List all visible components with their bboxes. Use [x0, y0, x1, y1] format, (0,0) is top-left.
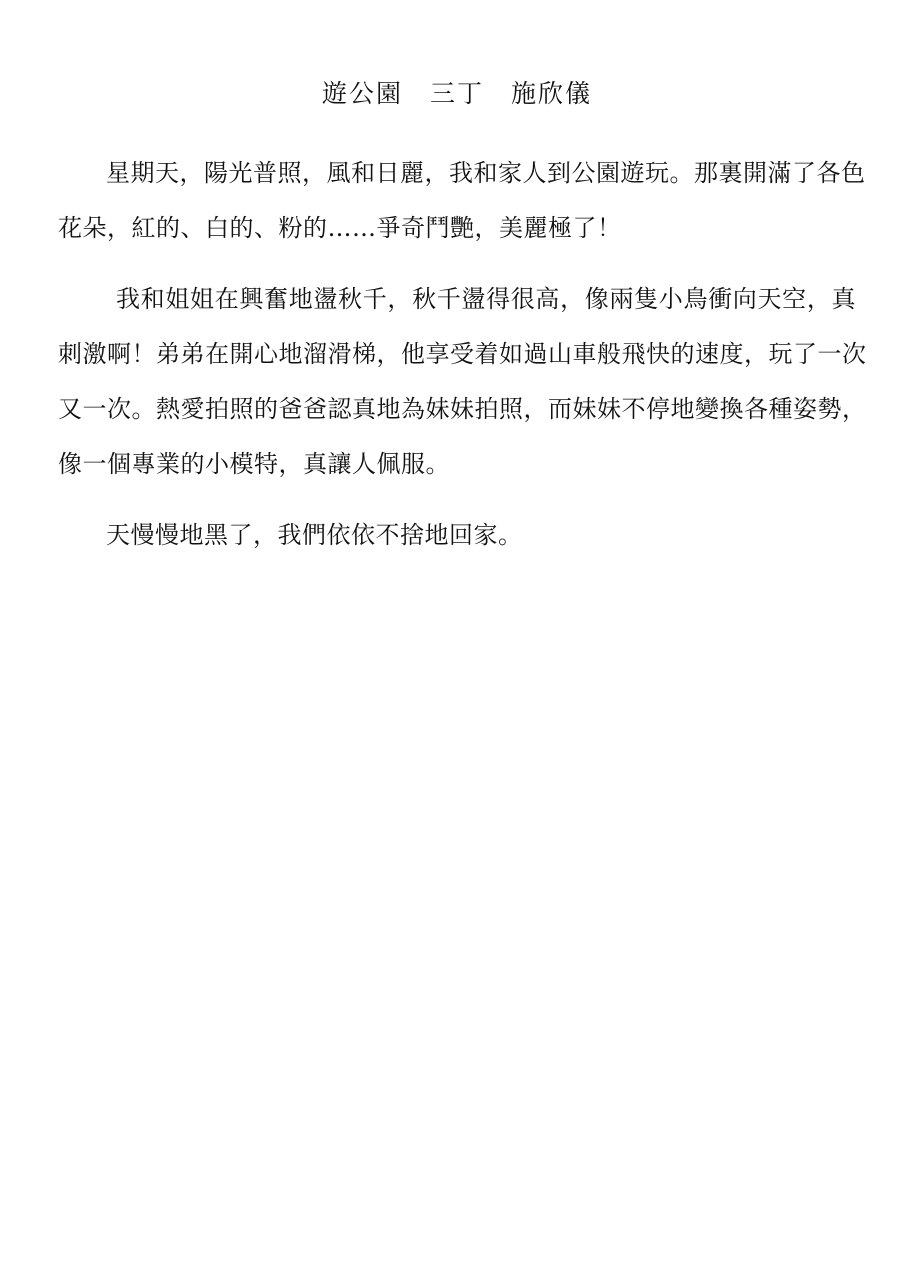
text-line: 我和姐姐在興奮地盪秋千，秋千盪得很高，像兩隻小鳥衝向天空，真: [58, 272, 856, 327]
text-line: 天慢慢地黑了，我們依依不捨地回家。: [58, 508, 856, 563]
document-content: 遊公園 三丁 施欣儀 星期天，陽光普照，風和日麗，我和家人到公園遊玩。那裏開滿了…: [0, 0, 905, 563]
paragraph-2: 我和姐姐在興奮地盪秋千，秋千盪得很高，像兩隻小鳥衝向天空，真 刺激啊！弟弟在開心…: [58, 272, 856, 492]
text-line: 像一個專業的小模特，真讓人佩服。: [58, 437, 856, 492]
text-line: 又一次。熱愛拍照的爸爸認真地為妹妹拍照，而妹妹不停地變換各種姿勢，: [58, 382, 856, 437]
text-line: 刺激啊！弟弟在開心地溜滑梯，他享受着如過山車般飛快的速度，玩了一次: [58, 327, 856, 382]
document-page: 遊公園 三丁 施欣儀 星期天，陽光普照，風和日麗，我和家人到公園遊玩。那裏開滿了…: [0, 0, 905, 1280]
text-line: 花朵，紅的、白的、粉的……爭奇鬥艷，美麗極了！: [58, 201, 856, 256]
document-title: 遊公園 三丁 施欣儀: [58, 78, 856, 110]
paragraph-1: 星期天，陽光普照，風和日麗，我和家人到公園遊玩。那裏開滿了各色 花朵，紅的、白的…: [58, 146, 856, 256]
paragraph-3: 天慢慢地黑了，我們依依不捨地回家。: [58, 508, 856, 563]
text-line: 星期天，陽光普照，風和日麗，我和家人到公園遊玩。那裏開滿了各色: [58, 146, 856, 201]
